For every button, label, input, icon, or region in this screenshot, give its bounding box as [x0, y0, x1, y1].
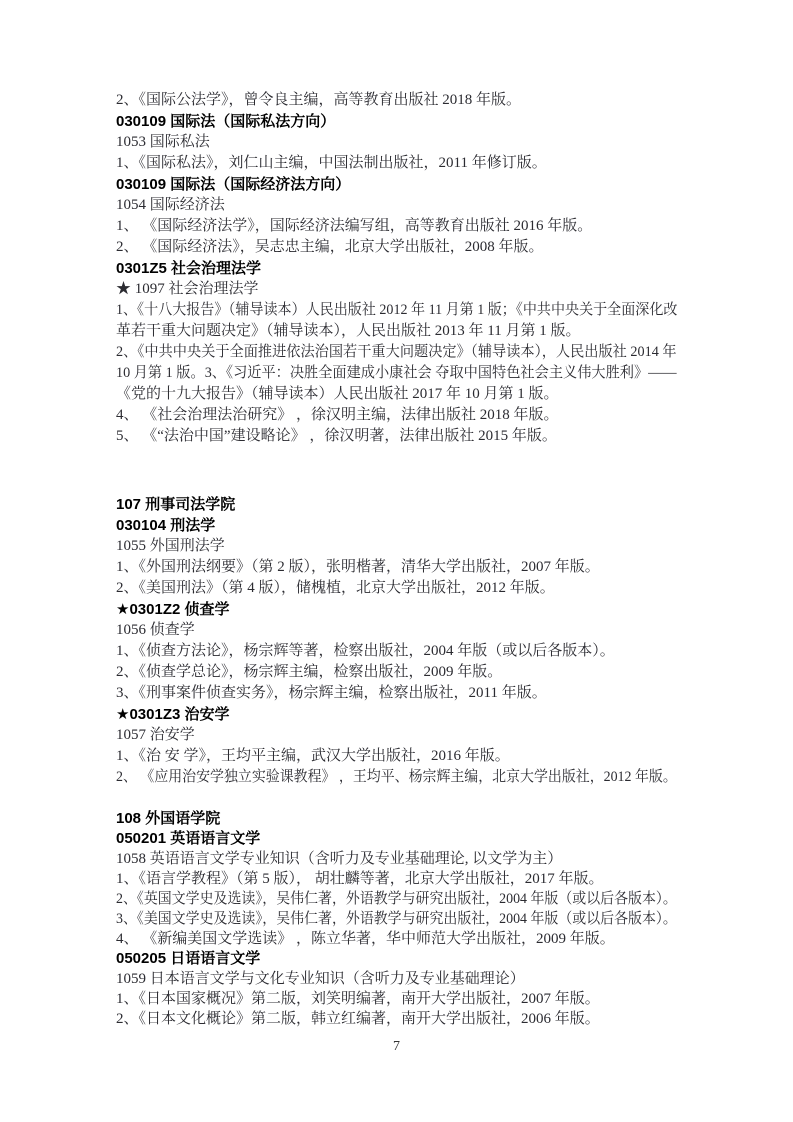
reference-line: 1059 日本语言文学与文化专业知识（含听力及专业基础理论） — [116, 969, 677, 989]
document-section: 108 外国语学院050201 英语语言文学1058 英语语言文学专业知识（含听… — [116, 809, 677, 1029]
reference-line: 2、 《国际经济法》，吴志忠主编，北京大学出版社，2008 年版。 — [116, 237, 677, 258]
document-section: 2、《国际公法学》，曾令良主编，高等教育出版社 2018 年版。030109 国… — [116, 90, 677, 447]
page-number: 7 — [0, 1039, 793, 1055]
section-heading: 030109 国际法（国际私法方向） — [116, 111, 677, 132]
reference-line: 1054 国际经济法 — [116, 195, 677, 216]
section-heading: 030104 刑法学 — [116, 515, 677, 536]
reference-line: 1、《日本国家概况》第二版，刘笑明编著，南开大学出版社，2007 年版。 — [116, 989, 677, 1009]
reference-line: 2、《中共中央关于全面推进依法治国若干重大问题决定》（辅导读本），人民出版社 2… — [116, 342, 647, 363]
page: 2、《国际公法学》，曾令良主编，高等教育出版社 2018 年版。030109 国… — [0, 0, 793, 1122]
reference-line: 2、《日本文化概论》第二版，韩立红编著，南开大学出版社，2006 年版。 — [116, 1009, 677, 1029]
section-heading: 030109 国际法（国际经济法方向） — [116, 174, 677, 195]
reference-line: 1057 治安学 — [116, 725, 677, 746]
reference-line: 2、《美国刑法》（第 4 版），储槐植，北京大学出版社，2012 年版。 — [116, 578, 677, 599]
reference-line: 2、 《应用治安学独立实验课教程》 ，王均平、杨宗辉主编，北京大学出版社，201… — [116, 767, 637, 788]
reference-line: 2、《英国文学史及选读》，吴伟仁著，外语教学与研究出版社，2004 年版（或以后… — [116, 889, 637, 909]
reference-line: 1、 《国际经济法学》，国际经济法编写组，高等教育出版社 2016 年版。 — [116, 216, 677, 237]
reference-line: 5、 《“法治中国”建设略论》 ，徐汉明著，法律出版社 2015 年版。 — [116, 426, 677, 447]
reference-line: 3、《美国文学史及选读》，吴伟仁著，外语教学与研究出版社，2004 年版（或以后… — [116, 909, 637, 929]
section-heading: 050205 日语语言文学 — [116, 949, 677, 969]
reference-line: 1056 侦查学 — [116, 620, 677, 641]
reference-line: 1055 外国刑法学 — [116, 536, 677, 557]
section-heading: 108 外国语学院 — [116, 809, 677, 829]
reference-line: 1、《外国刑法纲要》（第 2 版），张明楷著，清华大学出版社，2007 年版。 — [116, 557, 677, 578]
section-heading: 050201 英语语言文学 — [116, 829, 677, 849]
reference-line: 《党的十九大报告》（辅导读本）人民出版社 2017 年 10 月第 1 版。 — [116, 384, 677, 405]
reference-line: ★ 1097 社会治理法学 — [116, 279, 677, 300]
document-body: 2、《国际公法学》，曾令良主编，高等教育出版社 2018 年版。030109 国… — [116, 90, 677, 1029]
reference-line: 革若干重大问题决定》（辅导读本），人民出版社 2013 年 11 月第 1 版。 — [116, 321, 677, 342]
reference-line: 4、 《社会治理法治研究》 ，徐汉明主编，法律出版社 2018 年版。 — [116, 405, 677, 426]
section-heading: 107 刑事司法学院 — [116, 494, 677, 515]
section-heading: ★0301Z2 侦查学 — [116, 599, 677, 620]
reference-line: 1058 英语语言文学专业知识（含听力及专业基础理论, 以文学为主） — [116, 849, 677, 869]
reference-line: 1、《国际私法》，刘仁山主编，中国法制出版社，2011 年修订版。 — [116, 153, 677, 174]
reference-line: 2、《国际公法学》，曾令良主编，高等教育出版社 2018 年版。 — [116, 90, 677, 111]
section-heading: ★0301Z3 治安学 — [116, 704, 677, 725]
reference-line: 1、《语言学教程》（第 5 版）， 胡壮麟等著，北京大学出版社，2017 年版。 — [116, 869, 677, 889]
reference-line: 1、《十八大报告》（辅导读本）人民出版社 2012 年 11 月第 1 版；《中… — [116, 300, 641, 321]
reference-line: 1053 国际私法 — [116, 132, 677, 153]
reference-line: 2、《侦查学总论》，杨宗辉主编，检察出版社，2009 年版。 — [116, 662, 677, 683]
reference-line: 1、《侦查方法论》，杨宗辉等著，检察出版社，2004 年版（或以后各版本）。 — [116, 641, 677, 662]
reference-line: 3、《刑事案件侦查实务》，杨宗辉主编，检察出版社，2011 年版。 — [116, 683, 677, 704]
reference-line: 4、 《新编美国文学选读》 ，陈立华著，华中师范大学出版社，2009 年版。 — [116, 929, 677, 949]
reference-line: 1、《治 安 学》，王均平主编，武汉大学出版社，2016 年版。 — [116, 746, 677, 767]
document-section: 107 刑事司法学院030104 刑法学1055 外国刑法学1、《外国刑法纲要》… — [116, 494, 677, 788]
section-heading: 0301Z5 社会治理法学 — [116, 258, 677, 279]
reference-line: 10 月第 1 版。3、《习近平：决胜全面建成小康社会 夺取中国特色社会主义伟大… — [116, 363, 647, 384]
